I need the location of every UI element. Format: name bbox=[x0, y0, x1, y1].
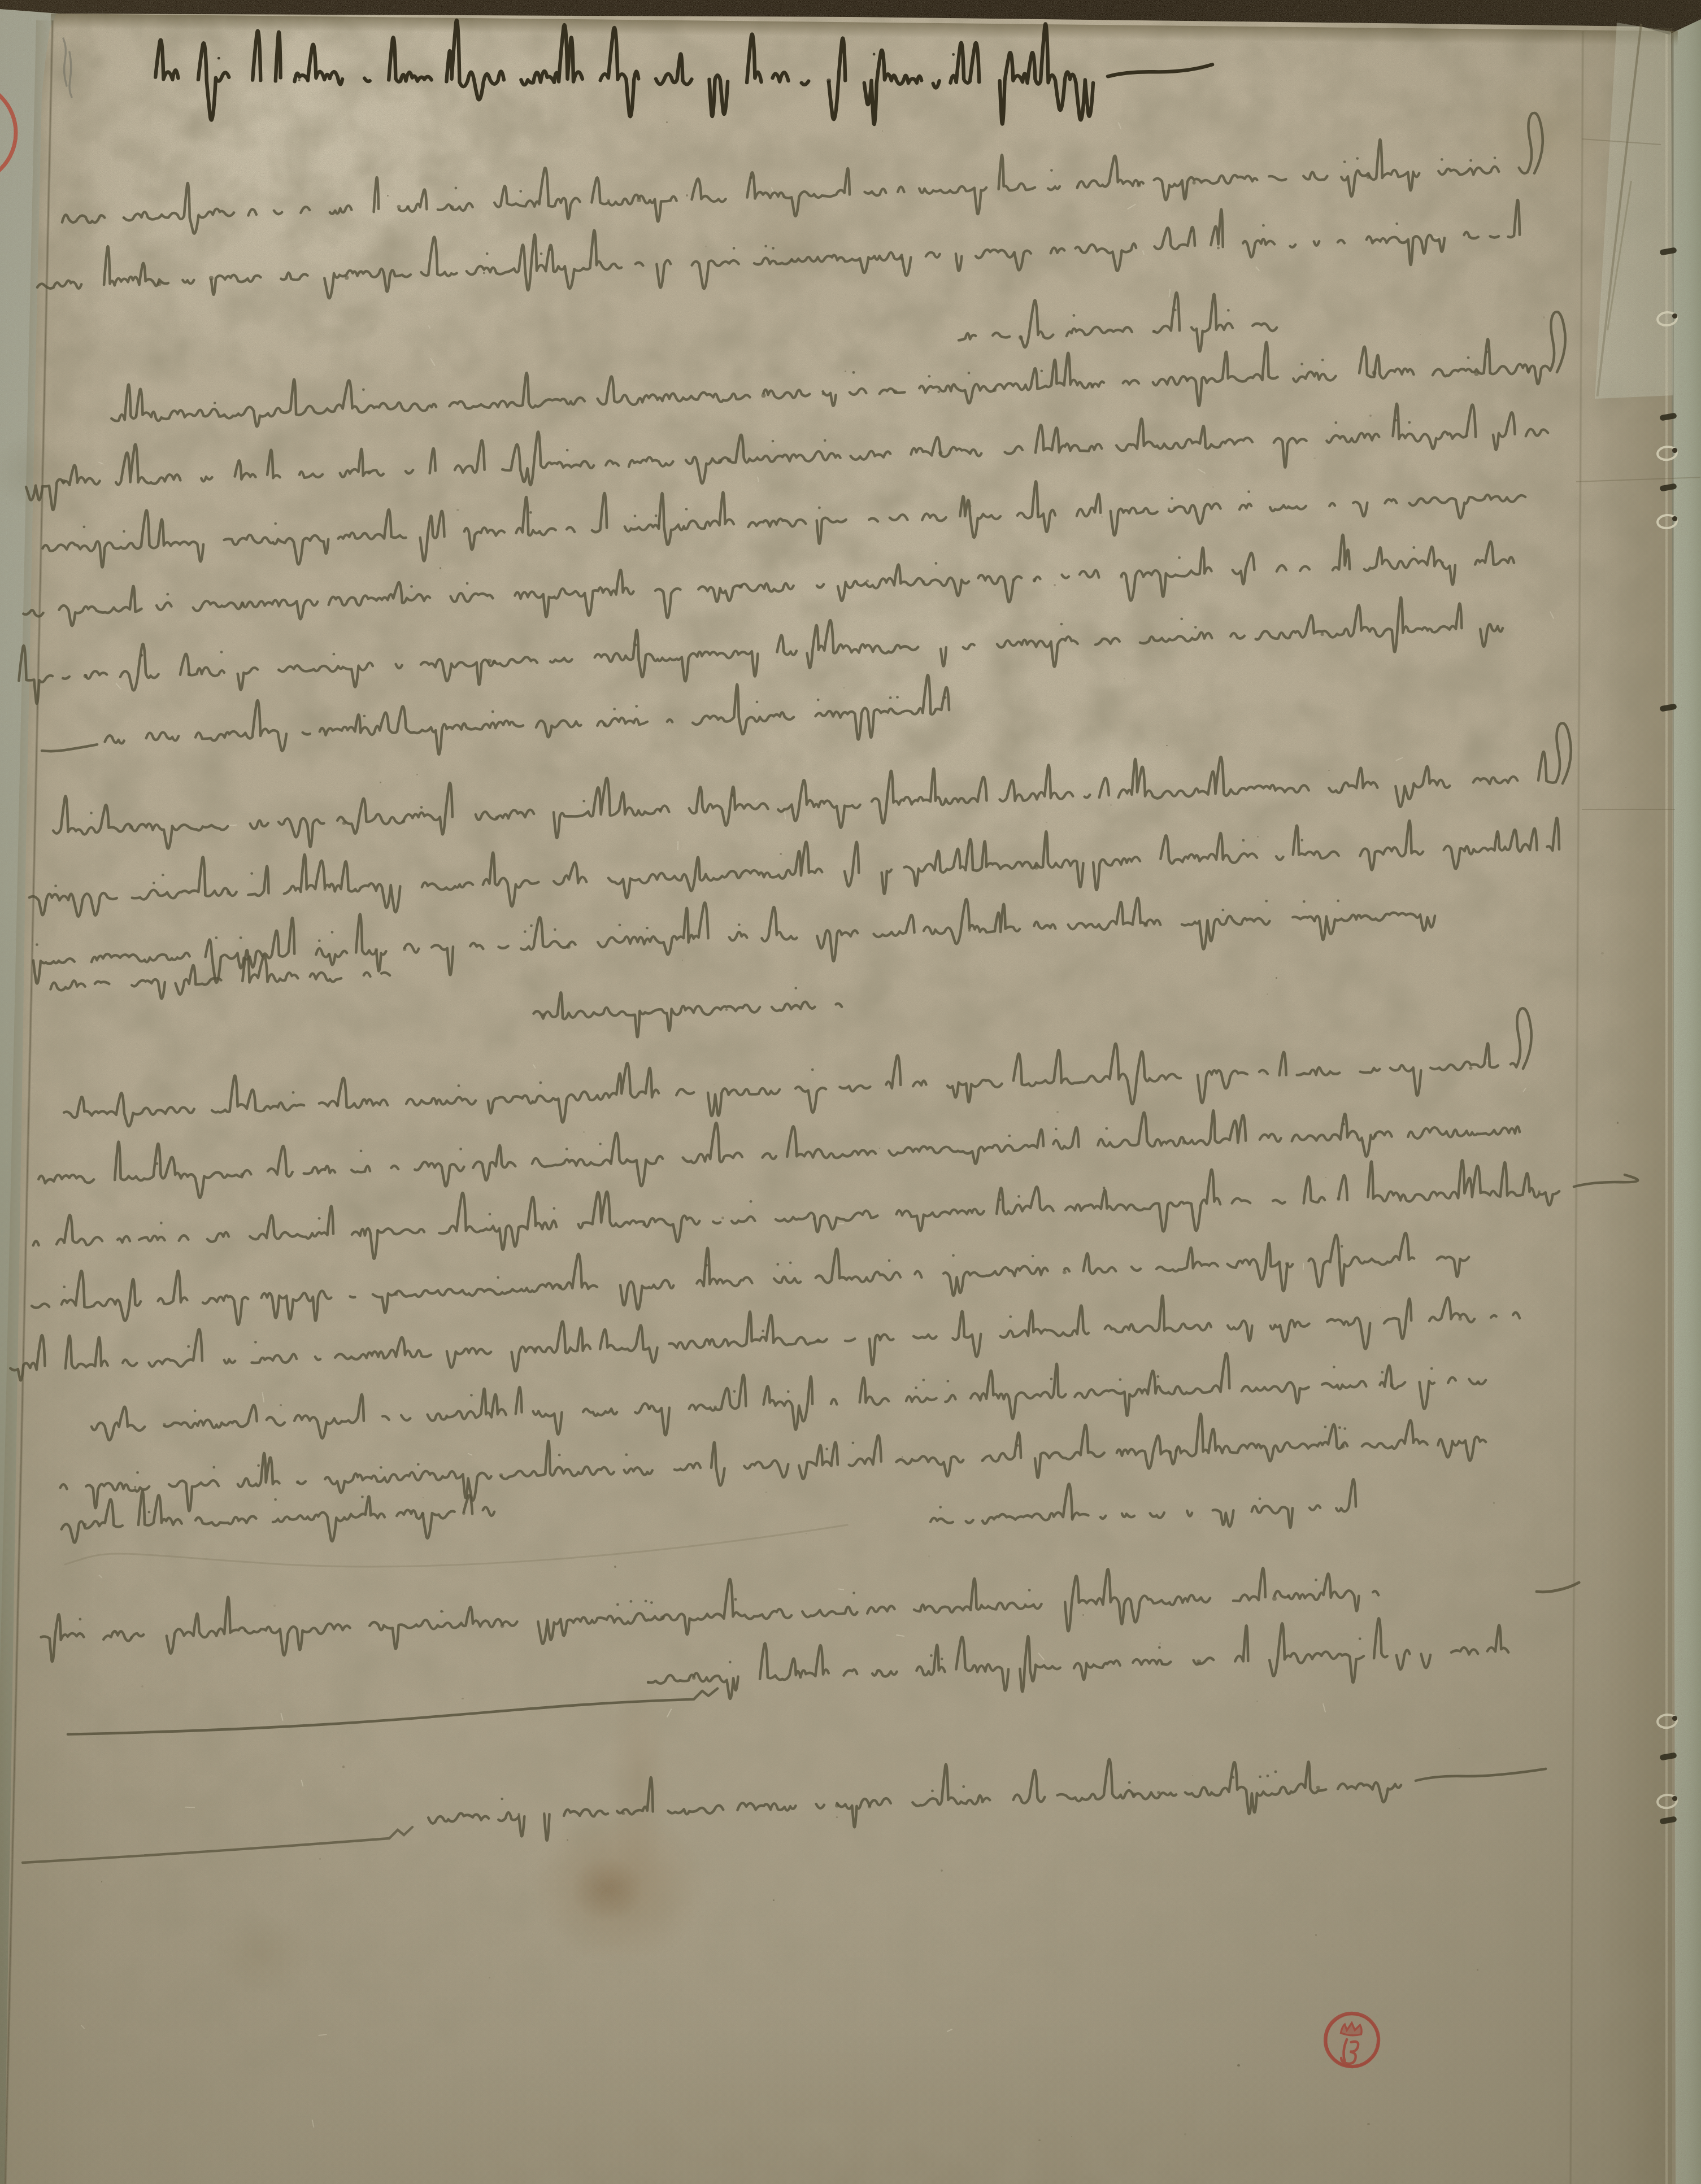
paper-speck bbox=[416, 774, 418, 775]
paper-speck bbox=[1346, 47, 1346, 47]
paper-speck bbox=[567, 1839, 568, 1841]
paper-speck bbox=[1038, 2139, 1041, 2142]
ink-stain bbox=[186, 1898, 333, 2011]
paper-speck bbox=[107, 1516, 108, 1517]
stitch-knot bbox=[1672, 313, 1677, 319]
partial-red-stamp-arc bbox=[0, 82, 16, 184]
paper-speck bbox=[746, 191, 747, 192]
paper-speck bbox=[1229, 1342, 1229, 1343]
paper-speck bbox=[1082, 1614, 1084, 1616]
paper-speck bbox=[666, 121, 668, 123]
paper-speck bbox=[941, 1869, 943, 1872]
scan-background bbox=[0, 0, 1701, 2184]
paper-speck bbox=[1256, 1701, 1258, 1702]
paper-speck bbox=[387, 195, 389, 197]
paper-speck bbox=[1110, 804, 1111, 805]
paper-fiber bbox=[677, 841, 678, 850]
paper-speck bbox=[1313, 457, 1316, 460]
stitch-knot bbox=[1672, 1716, 1677, 1721]
paper-speck bbox=[765, 1492, 767, 1493]
paper-speck bbox=[1237, 2064, 1239, 2067]
paper-speck bbox=[280, 1404, 281, 1406]
ink-stain bbox=[960, 700, 1243, 836]
paper-speck bbox=[380, 782, 381, 783]
stitch-knot bbox=[1672, 1796, 1677, 1801]
paper-speck bbox=[1380, 1307, 1381, 1307]
paper-speck bbox=[442, 1611, 444, 1612]
paper-speck bbox=[118, 1856, 120, 1858]
paper-speck bbox=[456, 509, 459, 511]
paper-speck bbox=[866, 579, 868, 582]
paper-speck bbox=[970, 505, 972, 507]
paper-speck bbox=[153, 152, 154, 153]
paper-speck bbox=[319, 1858, 321, 1860]
manuscript-page bbox=[0, 0, 1701, 2184]
partial-red-stamp bbox=[0, 79, 23, 192]
ink-stain bbox=[723, 164, 853, 322]
paper-speck bbox=[1166, 745, 1168, 747]
hairline-crease bbox=[1582, 809, 1675, 810]
paper-speck bbox=[440, 567, 442, 569]
stitch-knot bbox=[1672, 516, 1677, 521]
paper-speck bbox=[1046, 822, 1047, 823]
paper-speck bbox=[543, 1015, 545, 1017]
paper-speck bbox=[583, 1131, 585, 1133]
paper-speck bbox=[1255, 1750, 1255, 1751]
paper-speck bbox=[1145, 1079, 1146, 1080]
paper-speck bbox=[116, 1421, 118, 1423]
paper-speck bbox=[1294, 251, 1294, 251]
paper-speck bbox=[279, 542, 280, 543]
page-edge-highlight bbox=[1665, 34, 1668, 2184]
stamp-ring bbox=[1322, 2011, 1382, 2070]
paper-speck bbox=[882, 130, 883, 132]
paper-speck bbox=[1199, 563, 1200, 564]
paper-speck bbox=[721, 1217, 724, 1219]
paper-speck bbox=[682, 960, 683, 961]
paper-speck bbox=[1071, 2136, 1072, 2137]
stitch-knot bbox=[1672, 448, 1677, 453]
paper-speck bbox=[1493, 1502, 1495, 1504]
paper-speck bbox=[806, 1533, 807, 1534]
paper-speck bbox=[423, 1497, 424, 1498]
paper-speck bbox=[1124, 678, 1125, 679]
paper-speck bbox=[1200, 1519, 1200, 1520]
paper-speck bbox=[1369, 415, 1372, 417]
paper-speck bbox=[141, 1685, 143, 1688]
paper-speck bbox=[489, 1977, 490, 1978]
paper-speck bbox=[1276, 977, 1277, 978]
paper-speck bbox=[1420, 334, 1421, 335]
paper-speck bbox=[462, 1698, 463, 1699]
paper-speck bbox=[1257, 836, 1259, 838]
paper-speck bbox=[214, 1656, 215, 1658]
paper-speck bbox=[1617, 1122, 1619, 1123]
paper-speck bbox=[1601, 952, 1603, 954]
paper-speck bbox=[1101, 516, 1103, 518]
paper-speck bbox=[1543, 316, 1545, 319]
paper-speck bbox=[1056, 1111, 1059, 1113]
paper-speck bbox=[1625, 787, 1626, 788]
ink-stain bbox=[596, 1627, 681, 1932]
library-stamp-svg bbox=[1315, 2003, 1389, 2078]
paper-speck bbox=[1367, 2123, 1369, 2125]
library-stamp bbox=[1315, 2003, 1389, 2078]
paper-speck bbox=[845, 370, 846, 372]
paper-speck bbox=[843, 687, 845, 688]
paper-speck bbox=[273, 1605, 276, 1607]
